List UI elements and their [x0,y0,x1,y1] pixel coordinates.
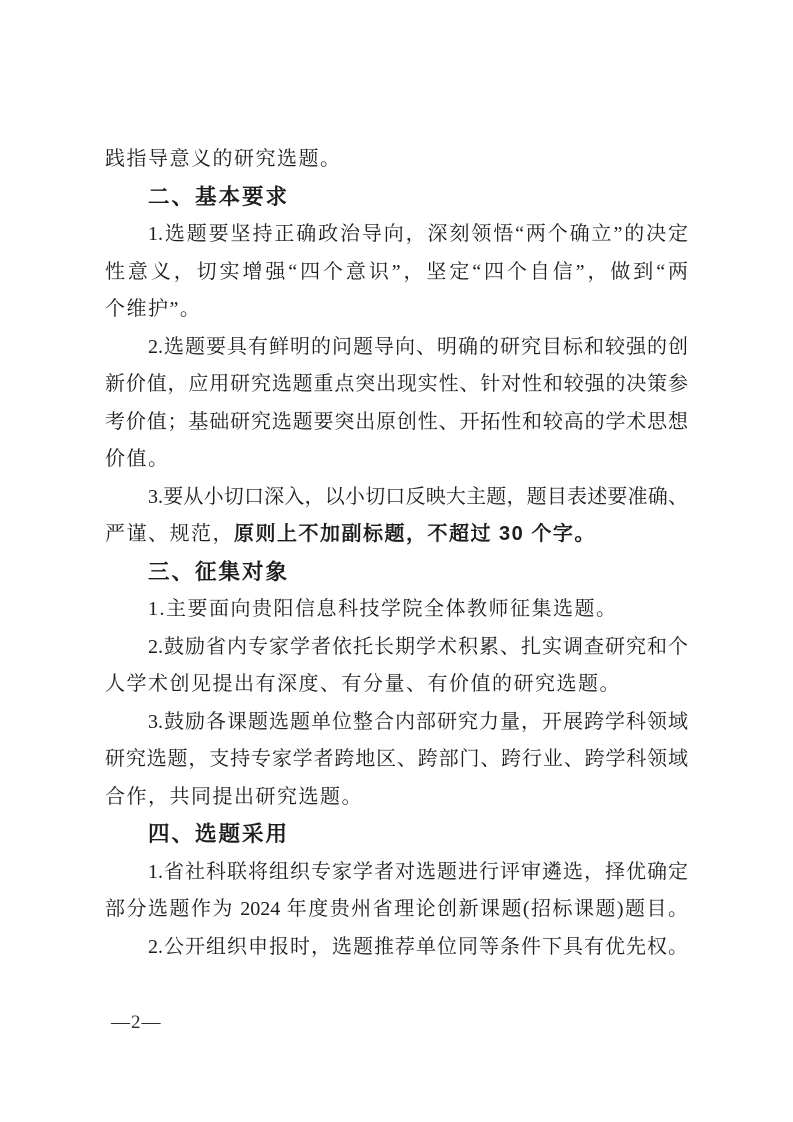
text-line: 严谨、规范，原则上不加副标题，不超过 30 个字。 [105,516,688,554]
text-line: 研究选题，支持专家学者跨地区、跨部门、跨行业、跨学科领域 [105,741,688,779]
bold-emphasis-text: 原则上不加副标题，不超过 30 个字。 [234,523,596,545]
document-page: 践指导意义的研究选题。 二、基本要求 1.选题要坚持正确政治导向，深刻领悟“两个… [0,0,793,1122]
text-run: 个维护”。 [105,298,201,320]
section-heading-basic-requirements: 二、基本要求 [105,179,688,217]
heading-text: 三、征集对象 [148,560,289,584]
text-line: 3.鼓励各课题选题单位整合内部研究力量，开展跨学科领域 [105,704,688,742]
section-heading-topic-adoption: 四、选题采用 [105,816,688,854]
text-line: 践指导意义的研究选题。 [105,141,688,179]
text-run: 3.要从小切口深入，以小切口反映大主题，题目表述要准确、 [148,486,688,508]
text-line: 2.选题要具有鲜明的问题导向、明确的研究目标和较强的创 [105,329,688,367]
text-run: 2.公开组织申报时，选题推荐单位同等条件下具有优先权。 [148,936,688,958]
section-heading-collection-targets: 三、征集对象 [105,554,688,592]
text-line: 考价值；基础研究选题要突出原创性、开拓性和较高的学术思想 [105,404,688,442]
text-run: 2.选题要具有鲜明的问题导向、明确的研究目标和较强的创 [148,336,688,358]
text-run: 2.鼓励省内专家学者依托长期学术积累、扎实调查研究和个 [148,636,688,658]
document-body: 践指导意义的研究选题。 二、基本要求 1.选题要坚持正确政治导向，深刻领悟“两个… [105,141,688,966]
text-run: 考价值；基础研究选题要突出原创性、开拓性和较高的学术思想 [105,411,688,433]
text-run: 研究选题，支持专家学者跨地区、跨部门、跨行业、跨学科领域 [105,748,688,770]
text-run: 践指导意义的研究选题。 [105,148,342,170]
text-line: 价值。 [105,441,688,479]
text-line: 2.公开组织申报时，选题推荐单位同等条件下具有优先权。 [105,929,688,967]
text-line: 1.主要面向贵阳信息科技学院全体教师征集选题。 [105,591,688,629]
text-line: 新价值，应用研究选题重点突出现实性、针对性和较强的决策参 [105,366,688,404]
text-line: 3.要从小切口深入，以小切口反映大主题，题目表述要准确、 [105,479,688,517]
text-line: 个维护”。 [105,291,688,329]
text-run: 1.主要面向贵阳信息科技学院全体教师征集选题。 [148,598,618,620]
heading-text: 四、选题采用 [148,822,289,846]
text-run: 性意义，切实增强“四个意识”，坚定“四个自信”，做到“两 [105,261,688,283]
text-line: 2.鼓励省内专家学者依托长期学术积累、扎实调查研究和个 [105,629,688,667]
text-run: 合作，共同提出研究选题。 [105,786,363,808]
heading-text: 二、基本要求 [148,185,289,209]
text-run: 新价值，应用研究选题重点突出现实性、针对性和较强的决策参 [105,373,688,395]
text-line: 性意义，切实增强“四个意识”，坚定“四个自信”，做到“两 [105,254,688,292]
text-run: 严谨、规范， [105,523,234,545]
text-line: 1.省社科联将组织专家学者对选题进行评审遴选，择优确定 [105,854,688,892]
text-run: 1.省社科联将组织专家学者对选题进行评审遴选，择优确定 [148,861,688,883]
text-run: 价值。 [105,448,170,470]
text-line: 人学术创见提出有深度、有分量、有价值的研究选题。 [105,666,688,704]
page-number: —2— [111,1012,162,1034]
text-run: 人学术创见提出有深度、有分量、有价值的研究选题。 [105,673,621,695]
text-run: 1.选题要坚持正确政治导向，深刻领悟“两个确立”的决定 [148,223,688,245]
text-line: 合作，共同提出研究选题。 [105,779,688,817]
text-line: 1.选题要坚持正确政治导向，深刻领悟“两个确立”的决定 [105,216,688,254]
text-run: 3.鼓励各课题选题单位整合内部研究力量，开展跨学科领域 [148,711,688,733]
text-line: 部分选题作为 2024 年度贵州省理论创新课题(招标课题)题目。 [105,891,688,929]
text-run: 部分选题作为 2024 年度贵州省理论创新课题(招标课题)题目。 [105,898,688,920]
